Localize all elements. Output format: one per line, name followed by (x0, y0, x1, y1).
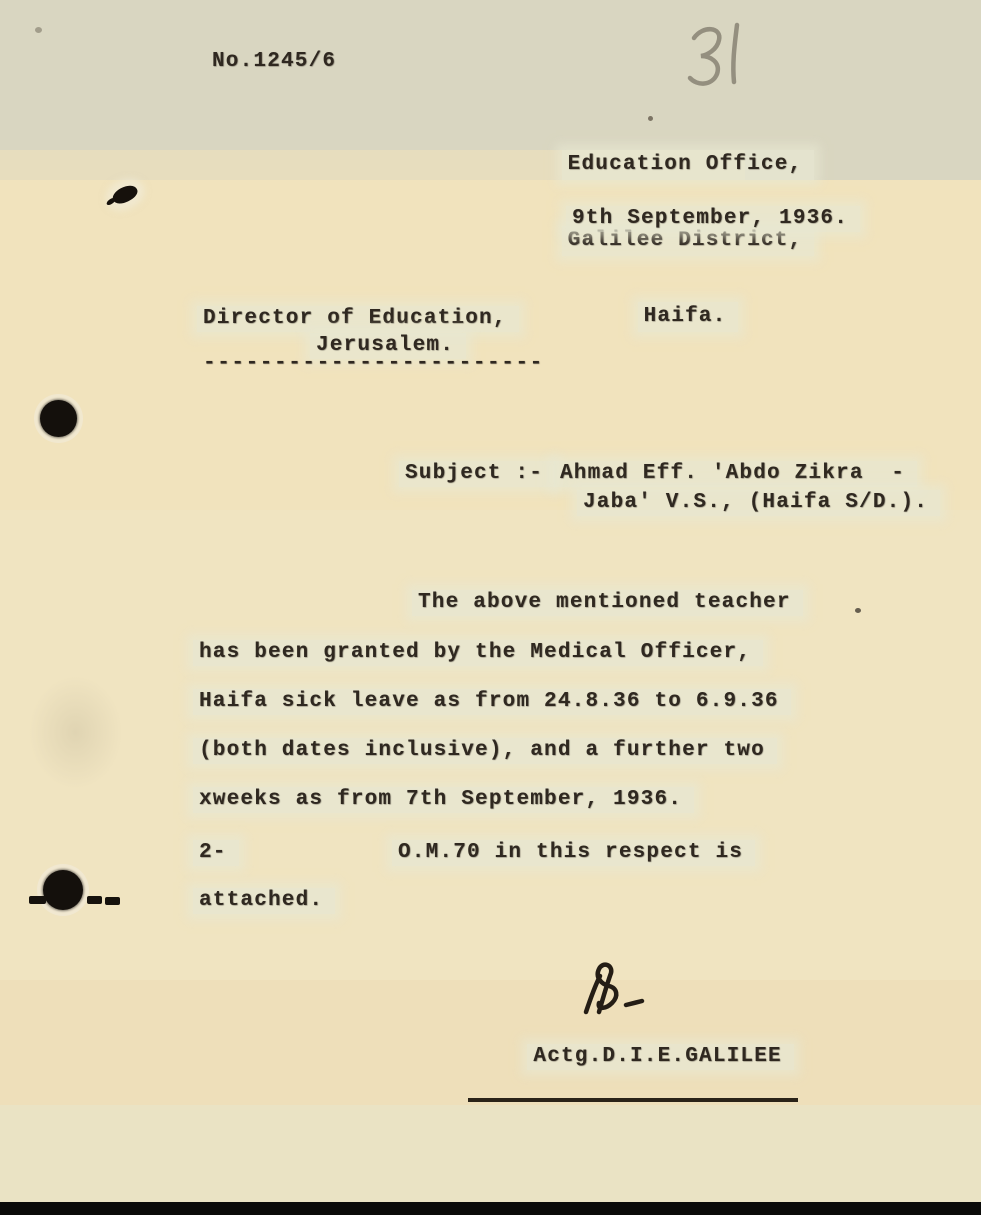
scan-bottom-bar (0, 1202, 981, 1215)
recipient-underline-dashes: ------------------------ (203, 352, 544, 375)
hole-punch-bottom (43, 870, 83, 910)
punch-dash-right-1 (87, 896, 102, 904)
punch-dash-right-2 (105, 897, 120, 905)
reference-number: No.1245/6 (212, 50, 336, 73)
pencil-page-number (670, 15, 765, 100)
letterhead: Education Office, Galilee District, Haif… (548, 104, 828, 378)
paper-foot-band (0, 1105, 981, 1205)
body-line: Haifa sick leave as from 24.8.36 to 6.9.… (193, 689, 791, 715)
punch-dash-left (29, 896, 46, 904)
paper-smudge (28, 675, 123, 790)
body-line: has been granted by the Medical Officer, (193, 640, 763, 666)
letter-date: 9th September, 1936. (566, 206, 860, 232)
handwritten-signature (540, 945, 720, 1025)
letterhead-office: Education Office, (562, 150, 815, 180)
signoff-underline: Actg.D.I.E.GALILEE (468, 1022, 798, 1102)
paragraph-2-marker: 2- (193, 840, 239, 866)
body-line: The above mentioned teacher (412, 590, 803, 616)
subject-label: Subject :- (399, 461, 555, 487)
signoff-title: Actg.D.I.E.GALILEE (527, 1044, 793, 1070)
body-line: attached. (193, 888, 335, 914)
body-line: O.M.70 in this respect is (392, 840, 755, 866)
paper-speck (855, 608, 861, 613)
hole-punch-top (40, 400, 77, 437)
paper-speck (35, 27, 42, 33)
subject-line-1: Ahmad Eff. 'Abdo Zikra - (554, 461, 917, 487)
recipient-title: Director of Education, (197, 306, 519, 332)
scanned-letter-page: No.1245/6 Education Office, Galilee Dist… (0, 0, 981, 1215)
subject-line-2: Jaba' V.S., (Haifa S/D.). (577, 490, 940, 516)
body-line: (both dates inclusive), and a further tw… (193, 738, 777, 764)
letterhead-city: Haifa. (638, 302, 739, 332)
body-line: xweeks as from 7th September, 1936. (193, 787, 694, 813)
